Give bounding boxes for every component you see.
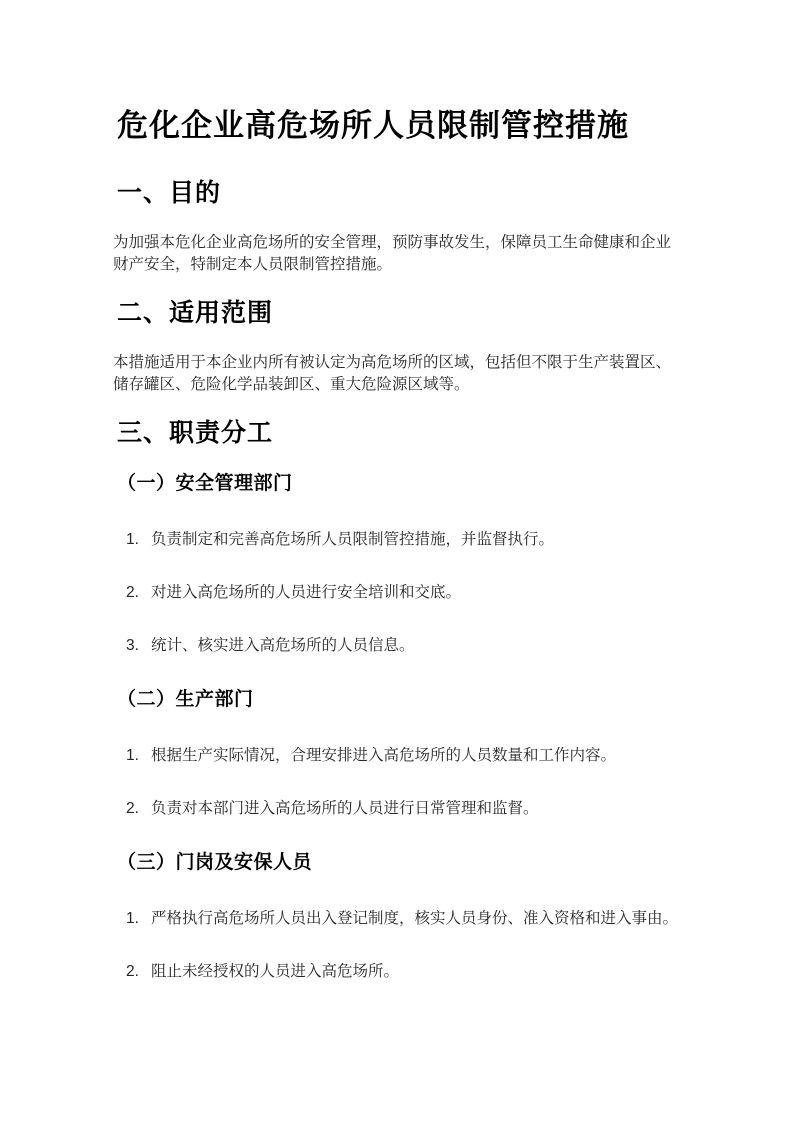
list-item-text: 统计、核实进入高危场所的人员信息。 bbox=[151, 635, 683, 657]
list-item: 3. 统计、核实进入高危场所的人员信息。 bbox=[126, 635, 683, 657]
list-item: 2. 阻止未经授权的人员进入高危场所。 bbox=[126, 961, 683, 983]
document-body: 危化企业高危场所人员限制管控措施 一、目的 为加强本危化企业高危场所的安全管理，… bbox=[0, 0, 793, 1122]
list-item: 1. 严格执行高危场所人员出入登记制度，核实人员身份、准入资格和进入事由。 bbox=[126, 908, 683, 930]
section-paragraph-scope: 本措施适用于本企业内所有被认定为高危场所的区域，包括但不限于生产装置区、储存罐区… bbox=[113, 352, 671, 396]
section-heading-scope: 二、适用范围 bbox=[117, 298, 683, 328]
subsection-heading-production-dept: （二）生产部门 bbox=[117, 688, 683, 712]
document-title: 危化企业高危场所人员限制管控措施 bbox=[117, 107, 683, 145]
document-page: { "document": { "title": "危化企业高危场所人员限制管控… bbox=[0, 0, 793, 1122]
list-item-number: 1. bbox=[126, 745, 151, 767]
list-item-text: 对进入高危场所的人员进行安全培训和交底。 bbox=[151, 582, 683, 604]
list-item-number: 2. bbox=[126, 961, 151, 983]
list-item-number: 3. bbox=[126, 635, 151, 657]
list-item-text: 根据生产实际情况，合理安排进入高危场所的人员数量和工作内容。 bbox=[151, 745, 683, 767]
subsection-heading-gate-security: （三）门岗及安保人员 bbox=[117, 851, 683, 875]
section-heading-purpose: 一、目的 bbox=[117, 178, 683, 208]
list-item-text: 阻止未经授权的人员进入高危场所。 bbox=[151, 961, 683, 983]
list-item: 2. 负责对本部门进入高危场所的人员进行日常管理和监督。 bbox=[126, 798, 683, 820]
list-item-number: 1. bbox=[126, 908, 151, 930]
section-heading-responsibilities: 三、职责分工 bbox=[117, 418, 683, 448]
list-item-text: 负责对本部门进入高危场所的人员进行日常管理和监督。 bbox=[151, 798, 683, 820]
list-item-text: 负责制定和完善高危场所人员限制管控措施，并监督执行。 bbox=[151, 529, 683, 551]
section-paragraph-purpose: 为加强本危化企业高危场所的安全管理，预防事故发生，保障员工生命健康和企业财产安全… bbox=[113, 232, 671, 276]
list-item: 2. 对进入高危场所的人员进行安全培训和交底。 bbox=[126, 582, 683, 604]
list-item: 1. 负责制定和完善高危场所人员限制管控措施，并监督执行。 bbox=[126, 529, 683, 551]
list-item-text: 严格执行高危场所人员出入登记制度，核实人员身份、准入资格和进入事由。 bbox=[151, 908, 683, 930]
list-item-number: 1. bbox=[126, 529, 151, 551]
list-item-number: 2. bbox=[126, 798, 151, 820]
list-item: 1. 根据生产实际情况，合理安排进入高危场所的人员数量和工作内容。 bbox=[126, 745, 683, 767]
subsection-heading-safety-dept: （一）安全管理部门 bbox=[117, 472, 683, 496]
list-item-number: 2. bbox=[126, 582, 151, 604]
